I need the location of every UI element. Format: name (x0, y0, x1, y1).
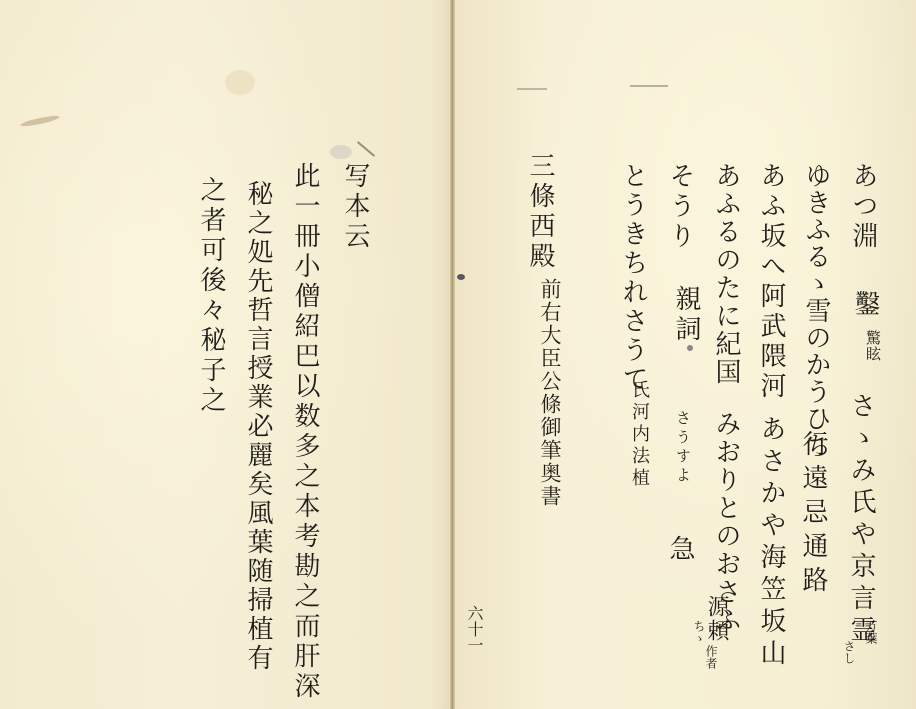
right-column-2b: 行遠忌通路 (800, 430, 826, 600)
left-column-4: 之者可後々秘子之 (198, 176, 224, 416)
ink-spot (457, 274, 465, 280)
right-column-4-note2: 作者 (705, 645, 717, 669)
right-column-1a: あつ淵 (850, 162, 876, 252)
paper-stain (20, 114, 60, 128)
right-column-6a: とうきちれさうて (620, 162, 646, 394)
right-column-5d: 急 (667, 535, 693, 565)
right-column-4c: 源頼 (705, 595, 727, 643)
right-column-5a: そうり (667, 162, 693, 252)
right-column-1-note2: 万葉 (865, 620, 877, 644)
right-column-1-note3: さし (843, 640, 855, 664)
gutter-shadow (430, 0, 452, 709)
paper-stain (330, 145, 352, 159)
right-column-7a: 三條西殿 (527, 152, 553, 272)
right-column-1c: さゝみ氏や京言霊 (848, 392, 874, 648)
right-column-1-note: 驚眩 (865, 330, 880, 362)
ink-mark (517, 88, 547, 90)
right-column-1b: 鑿 (852, 290, 878, 320)
right-page: あつ淵 鑿 驚眩 さゝみ氏や京言霊 万葉 さし ゆきふるゝ雪のかうひち 行遠忌通… (455, 0, 916, 709)
left-column-1: 写本云 (342, 162, 368, 252)
right-column-4a: あふるのたに紀国 (713, 162, 739, 386)
right-column-5b: 親詞 (673, 285, 699, 345)
right-column-6b: 氏河内法植 (630, 380, 648, 490)
ink-spot (687, 345, 693, 351)
right-column-5c: さうすよ (675, 410, 690, 486)
ink-mark (357, 141, 375, 157)
right-column-3b: あさかや海笠坂山 (758, 415, 784, 671)
left-page: 写本云 此一冊小僧紹巴以数多之本考勘之而肝深 秘之処先哲言授業必麗矣風葉随掃植有… (0, 0, 452, 709)
right-column-4-note: ちゝ (693, 620, 705, 644)
right-column-7b: 前右大臣公條御筆奥書 (539, 278, 560, 508)
ink-mark (630, 85, 668, 87)
right-column-2a: ゆきふるゝ雪のかうひち (803, 162, 829, 459)
left-column-2: 此一冊小僧紹巴以数多之本考勘之而肝深 (292, 162, 318, 702)
right-column-3a: あふ坂へ阿武隈河 (758, 162, 784, 402)
folio-number: 六十一 (463, 605, 486, 653)
paper-stain (225, 70, 255, 95)
left-column-3: 秘之処先哲言授業必麗矣風葉随掃植有 (245, 180, 271, 673)
book-spread: 写本云 此一冊小僧紹巴以数多之本考勘之而肝深 秘之処先哲言授業必麗矣風葉随掃植有… (0, 0, 916, 709)
